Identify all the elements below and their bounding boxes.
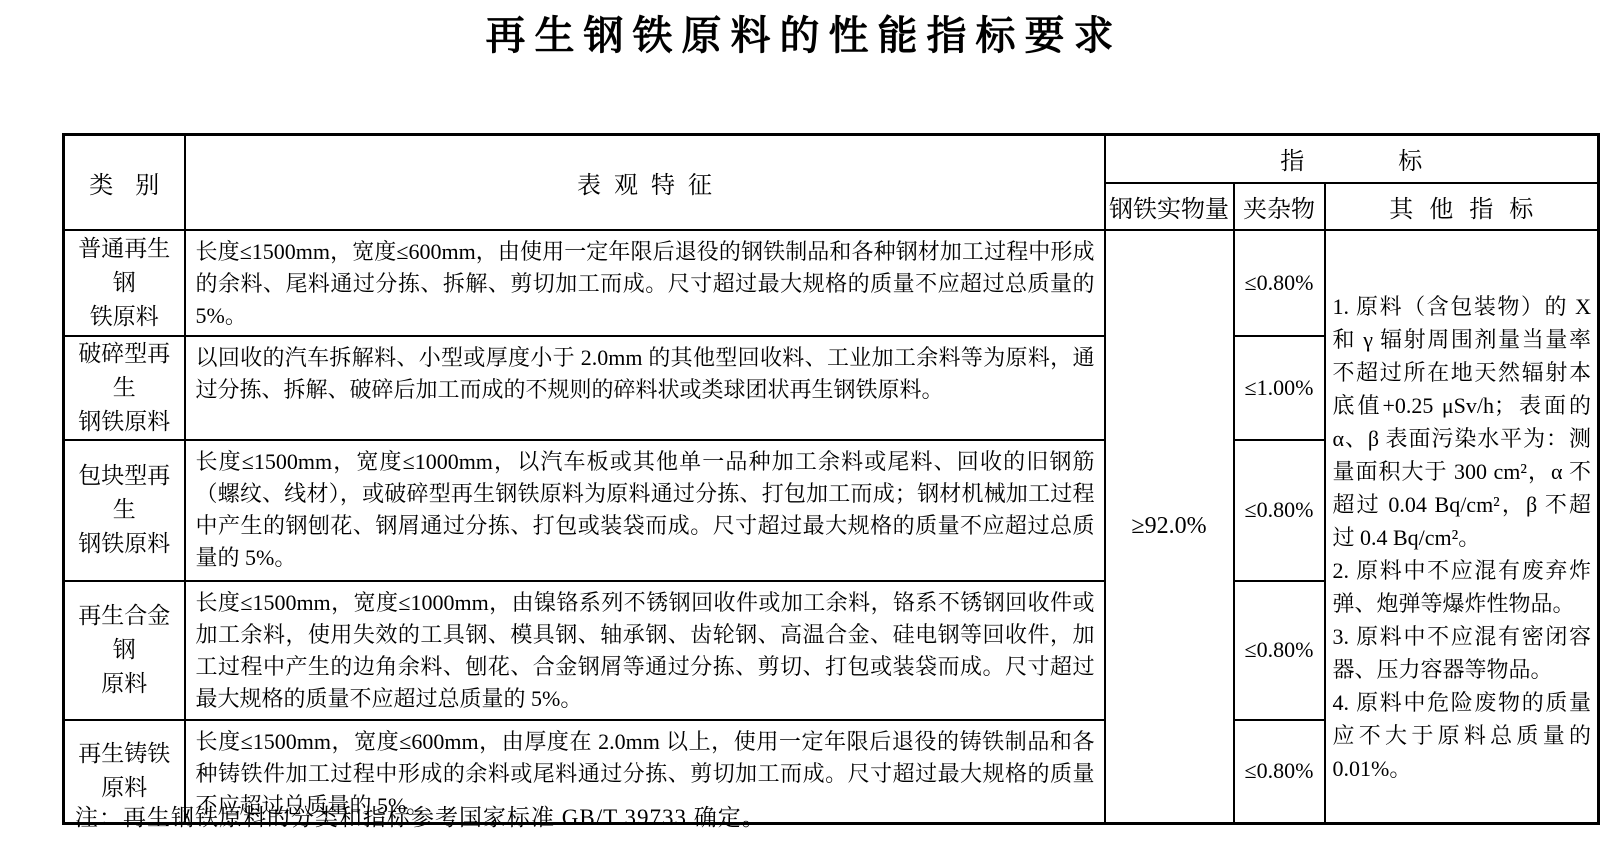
category-cell: 破碎型再生 钢铁原料: [64, 336, 185, 440]
appearance-cell: 长度≤1500mm，宽度≤600mm，由使用一定年限后退役的钢铁制品和各种钢材加…: [185, 230, 1105, 336]
column-header-other-indicators-label: 其他指标: [1373, 197, 1549, 223]
category-cell: 再生合金钢 原料: [64, 581, 185, 720]
appearance-cell: 以回收的汽车拆解料、小型或厚度小于 2.0mm 的其他型回收料、工业加工余料等为…: [185, 336, 1105, 440]
header-row-1: 类别 表观特征 指标: [64, 135, 1599, 183]
other-indicators-cell: 1. 原料（含包装物）的 X 和 γ 辐射周围剂量当量率不超过所在地天然辐射本底…: [1325, 230, 1599, 824]
other-indicator-item: 3. 原料中不应混有密闭容器、压力容器等物品。: [1333, 620, 1592, 686]
column-header-appearance: 表观特征: [185, 135, 1105, 230]
appearance-cell: 长度≤1500mm，宽度≤1000mm，由镍铬系列不锈钢回收件或加工余料，铬系不…: [185, 581, 1105, 720]
column-header-inclusions: 夹杂物: [1234, 183, 1325, 230]
table-row: 普通再生钢 铁原料 长度≤1500mm，宽度≤600mm，由使用一定年限后退役的…: [64, 230, 1599, 336]
column-header-category: 类别: [64, 135, 185, 230]
page-title: 再生钢铁原料的性能指标要求: [0, 4, 1608, 61]
inclusions-cell: ≤0.80%: [1234, 440, 1325, 581]
inclusions-cell: ≤0.80%: [1234, 720, 1325, 824]
column-header-steel-physical-content: 钢铁实物量: [1105, 183, 1234, 230]
column-header-indicators: 指标: [1105, 135, 1599, 183]
column-header-category-label: 类别: [67, 173, 181, 199]
footnote: 注：再生钢铁原料的分类和指标参考国家标准 GB/T 39733 确定。: [75, 799, 766, 832]
column-header-appearance-label: 表观特征: [564, 173, 725, 199]
other-indicator-item: 4. 原料中危险废物的质量应不大于原料总质量的 0.01%。: [1333, 686, 1592, 785]
inclusions-cell: ≤1.00%: [1234, 336, 1325, 440]
column-header-indicators-label: 指标: [1186, 149, 1516, 175]
other-indicator-item: 1. 原料（含包装物）的 X 和 γ 辐射周围剂量当量率不超过所在地天然辐射本底…: [1333, 290, 1592, 554]
inclusions-cell: ≤0.80%: [1234, 230, 1325, 336]
column-header-other-indicators: 其他指标: [1325, 183, 1599, 230]
appearance-cell: 长度≤1500mm，宽度≤1000mm，以汽车板或其他单一品种加工余料或尾料、回…: [185, 440, 1105, 581]
category-cell: 包块型再生 钢铁原料: [64, 440, 185, 581]
inclusions-cell: ≤0.80%: [1234, 581, 1325, 720]
other-indicator-item: 2. 原料中不应混有废弃炸弹、炮弹等爆炸性物品。: [1333, 554, 1592, 620]
requirements-table: 类别 表观特征 指标 钢铁实物量 夹杂物 其他指标 普通再生钢 铁原料 长度≤1…: [62, 133, 1600, 825]
category-cell: 普通再生钢 铁原料: [64, 230, 185, 336]
steel-physical-content-value: ≥92.0%: [1105, 230, 1234, 824]
document-page: 再生钢铁原料的性能指标要求 类别 表观特征 指标 钢铁实物量 夹杂物 其他指标 …: [0, 0, 1608, 842]
